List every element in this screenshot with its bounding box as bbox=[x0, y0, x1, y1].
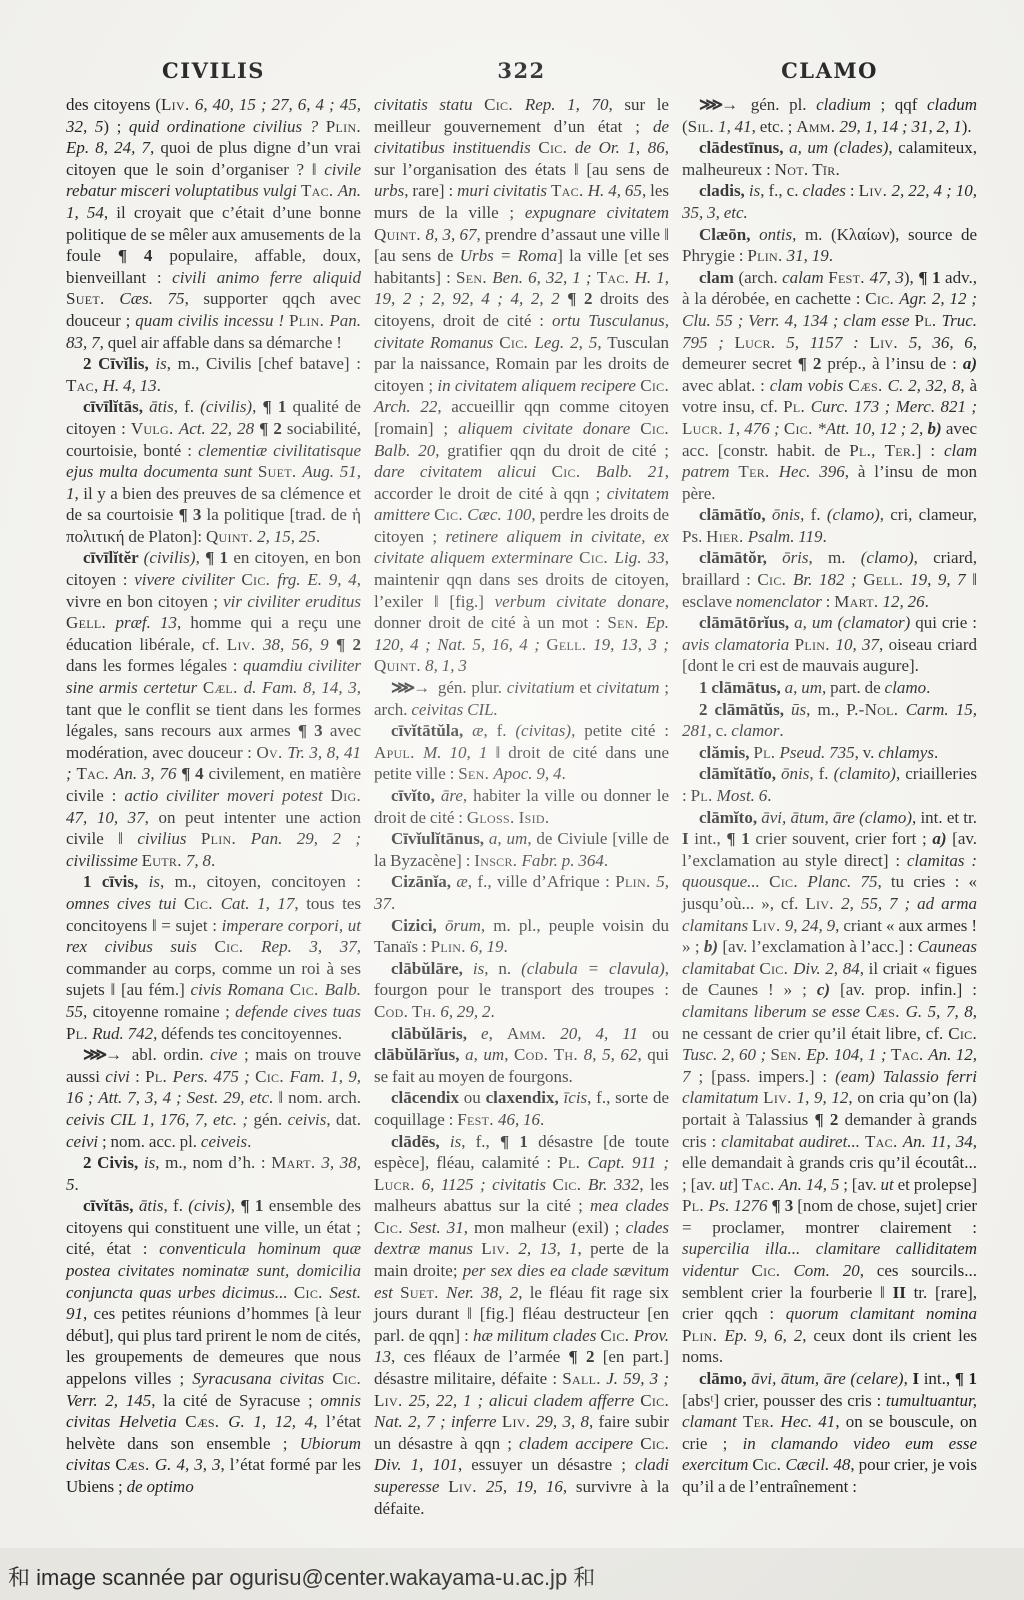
text-run: clamitans liberum se esse bbox=[682, 1002, 866, 1021]
text-run: ; [pass. impers.] : bbox=[691, 1067, 836, 1086]
text-run: , f., c. bbox=[760, 181, 802, 200]
text-run: 25, 22, 1 ; alicui cladem afferre bbox=[409, 1391, 640, 1410]
text-run: d. Fam. 8, 14, 3 bbox=[244, 678, 357, 697]
text-run: Sall. bbox=[562, 1369, 606, 1388]
text-run: ¶ 1 bbox=[205, 548, 233, 567]
text-run: Cic. bbox=[948, 1024, 977, 1043]
text-run: , bbox=[252, 397, 262, 416]
text-run: Cæcil. 48 bbox=[785, 1455, 850, 1474]
text-run: 38, 56, 9 bbox=[263, 635, 336, 654]
text-run: G. 5, 7, 8 bbox=[906, 1002, 973, 1021]
text-run: Br. 332 bbox=[588, 1175, 639, 1194]
text-run: civis Romana bbox=[191, 980, 290, 999]
column-center: civitatis statu Cic. Rep. 1, 70, sur le … bbox=[374, 94, 669, 1519]
text-run: is bbox=[450, 1132, 461, 1151]
text-run: 19, 13, 3 ; bbox=[593, 635, 669, 654]
entry-paragraph: cīvīlĭtĕr (civilis), ¶ 1 en citoyen, en … bbox=[66, 547, 361, 871]
text-run: Lucr. bbox=[735, 333, 787, 352]
entry-paragraph: cladis, is, f., c. clades : Liv. 2, 22, … bbox=[682, 180, 977, 223]
text-run: cladem accipere bbox=[519, 1434, 640, 1453]
text-run: 46, 16 bbox=[498, 1110, 540, 1129]
text-run: Plin. bbox=[201, 829, 251, 848]
text-run: (civilis) bbox=[144, 548, 196, 567]
text-run: hæ militum clades bbox=[473, 1326, 600, 1345]
text-run: ōnis bbox=[772, 505, 800, 524]
text-run: Lucr. bbox=[682, 419, 727, 438]
text-run: Mart. bbox=[271, 1153, 321, 1172]
text-run: Cic. bbox=[865, 289, 899, 308]
text-run: Sen. bbox=[456, 268, 492, 287]
text-run: (clamito) bbox=[834, 764, 896, 783]
text-run: , m., bbox=[806, 700, 846, 719]
text-run: Inscr. bbox=[474, 851, 521, 870]
text-run: civili animo ferre aliquid bbox=[172, 268, 361, 287]
text-run: Cizānĭa, bbox=[391, 872, 456, 891]
text-run: crier souvent, crier fort ; bbox=[755, 829, 932, 848]
text-run: Nat. 2, 7 ; inferre bbox=[374, 1412, 502, 1431]
text-run: clămis, bbox=[699, 743, 753, 762]
text-run: Plin. bbox=[326, 117, 361, 136]
column-gap bbox=[669, 94, 682, 1519]
text-run: Tac, bbox=[66, 376, 103, 395]
text-run: Ben. 6, 32, 1 ; bbox=[492, 268, 596, 287]
text-run: [av. l’exclamation à l’acc.] : bbox=[722, 937, 917, 956]
text-run: M. 10, 1 bbox=[423, 743, 487, 762]
text-run: Liv. bbox=[481, 1239, 518, 1258]
text-run: Rud. 742 bbox=[92, 1024, 153, 1043]
text-run: . bbox=[540, 1110, 544, 1129]
text-run: 31, 19 bbox=[787, 246, 829, 265]
text-run: clābŭlāre, bbox=[391, 959, 473, 978]
text-run: a, um bbox=[785, 678, 822, 697]
text-run: Div. 2, 84 bbox=[793, 959, 860, 978]
text-columns: des citoyens (Liv. 6, 40, 15 ; 27, 6, 4 … bbox=[66, 94, 977, 1519]
text-run: præf. 13 bbox=[115, 613, 177, 632]
text-run: 20, 4, 11 bbox=[560, 1024, 638, 1043]
text-run: Cic. bbox=[757, 570, 793, 589]
text-run: clādestīnus, bbox=[699, 138, 789, 157]
text-run: (arch. bbox=[738, 268, 782, 287]
text-run: Pl. bbox=[682, 1196, 708, 1215]
text-run: I bbox=[912, 1369, 923, 1388]
text-run: c) bbox=[817, 980, 840, 999]
text-run: . bbox=[779, 721, 783, 740]
text-run: Plin. bbox=[795, 635, 836, 654]
text-run: Tac. bbox=[551, 181, 588, 200]
text-run: G. 4, 3, 3 bbox=[155, 1455, 221, 1474]
text-run: ¶ 2 bbox=[259, 419, 287, 438]
text-run: Cic. bbox=[640, 1391, 669, 1410]
text-run: 8, 5, 62 bbox=[584, 1045, 638, 1064]
text-run: 8, 1, 3 bbox=[425, 656, 467, 675]
text-run: , bbox=[231, 1196, 241, 1215]
text-run: Suet. bbox=[258, 462, 303, 481]
text-run: Cæs. bbox=[848, 376, 887, 395]
text-run: cladis, bbox=[699, 181, 749, 200]
text-run: de Or. 1, 86 bbox=[575, 138, 665, 157]
text-run: urbs bbox=[374, 181, 404, 200]
text-run: Mart. bbox=[834, 592, 882, 611]
text-run: civilius bbox=[137, 829, 201, 848]
text-run: ¶ 2 bbox=[336, 635, 361, 654]
text-run: , int. et tr. bbox=[912, 808, 977, 827]
text-run: cīvĭtās, bbox=[83, 1196, 139, 1215]
entry-paragraph: cīvĭtās, ātis, f. (civis), ¶ 1 ensemble … bbox=[66, 1195, 361, 1497]
text-run: Fabr. p. 364 bbox=[522, 851, 604, 870]
text-run: Plin. bbox=[289, 311, 329, 330]
text-run: ; qqf bbox=[880, 95, 927, 114]
text-run: Sest. 31 bbox=[409, 1218, 464, 1237]
entry-paragraph: clam (arch. calam Fest. 47, 3), ¶ 1 adv.… bbox=[682, 267, 977, 505]
text-run: Cic. bbox=[759, 959, 793, 978]
text-run: , la cité de Syracuse ; bbox=[151, 1391, 320, 1410]
text-run: dare civitatem alicui bbox=[374, 462, 552, 481]
text-run: Syracusana civitas bbox=[192, 1369, 332, 1388]
text-run: Liv. bbox=[161, 95, 195, 114]
text-run: is bbox=[149, 872, 160, 891]
text-run: ). bbox=[962, 117, 972, 136]
text-run: Most. 6 bbox=[717, 786, 768, 805]
text-run: cive bbox=[210, 1045, 244, 1064]
text-run: ¶ 1 bbox=[263, 397, 293, 416]
text-run: ), bbox=[904, 268, 918, 287]
page-number: 322 bbox=[374, 58, 669, 83]
text-run: Fest. bbox=[457, 1110, 498, 1129]
text-run: īcis bbox=[564, 1088, 588, 1107]
text-run: clāmātŏr, bbox=[699, 548, 782, 567]
text-run: chlamys bbox=[878, 743, 934, 762]
text-run: ] bbox=[733, 1175, 743, 1194]
header-gap bbox=[361, 58, 374, 83]
text-run: Tac. bbox=[742, 1175, 779, 1194]
entry-paragraph: 2 clāmātŭs, ūs, m., P.-Nol. Carm. 15, 28… bbox=[682, 699, 977, 742]
text-run: ) ; bbox=[103, 117, 129, 136]
text-run: verbum civitate donare bbox=[495, 592, 665, 611]
text-run: 9, 24, 9 bbox=[785, 916, 835, 935]
text-run: . bbox=[934, 743, 938, 762]
text-run: , f., ville d’Afrique : bbox=[468, 872, 616, 891]
text-run: Apoc. 9, 4 bbox=[493, 764, 561, 783]
text-run: An. 3, 76 bbox=[114, 764, 181, 783]
entry-paragraph: clādestīnus, a, um (clades), calamiteux,… bbox=[682, 137, 977, 180]
text-run: . bbox=[316, 527, 320, 546]
text-run: Sil. bbox=[688, 117, 718, 136]
entry-paragraph: 1 clāmātus, a, um, part. de clamo. bbox=[682, 677, 977, 699]
text-run: 10, 37 bbox=[835, 635, 879, 654]
text-run: Cod. Th. bbox=[374, 1002, 440, 1021]
text-run: ‖ nom. arch. bbox=[278, 1088, 361, 1107]
column-right: ⋙→ gén. pl. cladium ; qqf cladum (Sil. 1… bbox=[682, 94, 977, 1519]
text-run: Cīvĭulĭtānus, bbox=[391, 829, 489, 848]
text-run: : bbox=[135, 1067, 145, 1086]
text-run: , petite cité : bbox=[571, 721, 669, 740]
entry-paragraph: clāmātĭo, ōnis, f. (clamo), cri, clameur… bbox=[682, 504, 977, 547]
text-run: civi bbox=[105, 1067, 135, 1086]
text-run: Quint. bbox=[374, 656, 425, 675]
text-run: . bbox=[829, 246, 833, 265]
entry-paragraph: civitatis statu Cic. Rep. 1, 70, sur le … bbox=[374, 94, 669, 677]
text-run: Cic. bbox=[600, 1326, 633, 1345]
text-run: Liv. bbox=[448, 1477, 486, 1496]
entry-paragraph: 2 Civis, is, m., nom d’h. : Mart. 3, 38,… bbox=[66, 1152, 361, 1195]
text-run: J. 59, 3 ; bbox=[606, 1369, 669, 1388]
text-run: Ps. 1276 bbox=[708, 1196, 771, 1215]
text-run: is bbox=[749, 181, 760, 200]
entry-paragraph: ⋙→ gén. pl. cladium ; qqf cladum (Sil. 1… bbox=[682, 94, 977, 137]
text-run: āre bbox=[441, 786, 463, 805]
text-run: ōris bbox=[782, 548, 808, 567]
text-run: expugnare civitatem bbox=[525, 203, 669, 222]
text-run: 5, 36, 6 bbox=[909, 333, 973, 352]
text-run: Apul. bbox=[374, 743, 423, 762]
text-run: 6, 29, 2 bbox=[440, 1002, 490, 1021]
column-gap bbox=[361, 94, 374, 1519]
text-run: , mon malheur (exil) ; bbox=[464, 1218, 626, 1237]
text-run: ātis bbox=[149, 397, 174, 416]
text-run: is bbox=[155, 354, 166, 373]
text-run: ¶ 3 bbox=[772, 1196, 798, 1215]
text-run: Cic. bbox=[538, 138, 575, 157]
text-run: Lig. 33 bbox=[615, 548, 665, 567]
text-run: [av. prop. infin.] : bbox=[840, 980, 977, 999]
text-run: 2 clāmātŭs, bbox=[699, 700, 791, 719]
text-run: āvi, ātum, āre (clamo) bbox=[761, 808, 912, 827]
text-run: 2, 15, 25 bbox=[257, 527, 316, 546]
text-run: ] : bbox=[916, 441, 944, 460]
entry-paragraph: cīvĭtātŭla, æ, f. (civitas), petite cité… bbox=[374, 720, 669, 785]
text-run: 1, 41 bbox=[718, 117, 752, 136]
text-run: ; [av. bbox=[839, 1175, 880, 1194]
text-run: Hec. 396 bbox=[779, 462, 845, 481]
text-run: muri civitatis bbox=[457, 181, 551, 200]
entry-paragraph: clāmātŏr, ōris, m. (clamo), criard, brai… bbox=[682, 547, 977, 612]
text-run: æ bbox=[472, 721, 483, 740]
text-run: Gell. bbox=[66, 613, 115, 632]
text-run: 6, 1125 ; civitatis bbox=[422, 1175, 553, 1194]
text-run: clades bbox=[802, 181, 849, 200]
text-run: , m. bbox=[809, 548, 861, 567]
text-run: . bbox=[504, 937, 508, 956]
text-run: ¶ 1 bbox=[500, 1132, 538, 1151]
text-run: Amm. bbox=[796, 117, 839, 136]
entry-paragraph: des citoyens (Liv. 6, 40, 15 ; 27, 6, 4 … bbox=[66, 94, 361, 353]
text-run: ¶ 2 bbox=[567, 289, 600, 308]
text-run: Cic. bbox=[552, 462, 596, 481]
text-run: Suet. bbox=[400, 1283, 446, 1302]
text-run: Cic. bbox=[374, 1218, 409, 1237]
text-run: a, um (clamator) bbox=[794, 613, 915, 632]
text-run: clāmātĭo, bbox=[699, 505, 772, 524]
text-run: , gratifier qqn du droit de cité ; bbox=[435, 441, 669, 460]
text-run: Cic. bbox=[214, 937, 261, 956]
text-run: frg. E. 9, 4 bbox=[277, 570, 357, 589]
variant-arrow-icon: ⋙→ bbox=[391, 678, 433, 697]
header-right-guideword: CLAMO bbox=[682, 58, 977, 83]
text-run: 19, 9, 7 bbox=[910, 570, 966, 589]
text-run: , rare] : bbox=[404, 181, 457, 200]
text-run: 7, 8 bbox=[186, 851, 211, 870]
text-run: 29, 3, 8 bbox=[536, 1412, 589, 1431]
text-run: H. 4, 65 bbox=[588, 181, 642, 200]
entry-paragraph: clămis, Pl. Pseud. 735, v. chlamys. bbox=[682, 742, 977, 764]
text-run: cīvīlĭtās, bbox=[83, 397, 149, 416]
text-run: Cic. bbox=[499, 333, 534, 352]
text-run: , bbox=[504, 1045, 514, 1064]
text-run: de optimo bbox=[127, 1477, 194, 1496]
text-run: ou bbox=[638, 1024, 669, 1043]
text-run: Psalm. 119 bbox=[748, 527, 823, 546]
text-run: Liv. bbox=[869, 333, 908, 352]
text-run: gén. bbox=[248, 1110, 288, 1129]
text-run: C. 2, 32, 8 bbox=[888, 376, 961, 395]
text-run: Liv. bbox=[763, 1088, 796, 1107]
text-run: ¶ 1 bbox=[240, 1196, 268, 1215]
text-run: Liv. bbox=[374, 1391, 409, 1410]
text-run: clamitabat audiret... bbox=[721, 1132, 865, 1151]
text-run: Clæōn, bbox=[699, 225, 759, 244]
entry-paragraph: clāmĭtātĭo, ōnis, f. (clamito), criaille… bbox=[682, 763, 977, 806]
text-run: Br. 182 ; bbox=[793, 570, 863, 589]
text-run: 1, 476 ; bbox=[727, 419, 784, 438]
header-gap bbox=[669, 58, 682, 83]
entry-paragraph: Clæōn, ontis, m. (Κλαίων), source de Phr… bbox=[682, 224, 977, 267]
text-run: 47, 3 bbox=[870, 268, 904, 287]
text-run: 1, 9, 12 bbox=[797, 1088, 849, 1107]
text-run: Dig. bbox=[331, 786, 361, 805]
text-run: Cic. bbox=[294, 1283, 329, 1302]
text-run: Gell. bbox=[863, 570, 910, 589]
text-run: ōnis bbox=[781, 764, 809, 783]
text-run: (clamo) bbox=[861, 548, 914, 567]
text-run: clāmo, bbox=[699, 1369, 751, 1388]
text-run: Cic. bbox=[434, 505, 467, 524]
text-run: cladium bbox=[816, 95, 880, 114]
variant-arrow-icon: ⋙→ bbox=[699, 95, 741, 114]
text-run: Urbs = Roma bbox=[460, 246, 558, 265]
text-run: ou bbox=[464, 1088, 486, 1107]
text-run: Cæl. bbox=[203, 678, 244, 697]
text-run: ¶ 2 bbox=[569, 1347, 603, 1366]
text-run: abl. ordin. bbox=[125, 1045, 210, 1064]
text-run: 8, 3, 67 bbox=[426, 225, 477, 244]
text-run: et prolepse] bbox=[894, 1175, 977, 1194]
text-run: Cic. bbox=[255, 1067, 289, 1086]
text-run: ut bbox=[719, 1175, 732, 1194]
text-run: 6, 19 bbox=[470, 937, 504, 956]
text-run: Cæs. 75 bbox=[119, 289, 184, 308]
text-run: Capt. 911 ; bbox=[588, 1153, 669, 1172]
text-run: (civis) bbox=[188, 1196, 230, 1215]
text-run: Cic. bbox=[784, 419, 817, 438]
running-header: CIVILIS 322 CLAMO bbox=[66, 58, 977, 83]
text-run: , m., nom d’h. : bbox=[155, 1153, 271, 1172]
text-run: clādēs, bbox=[391, 1132, 450, 1151]
text-run: clāmĭto, bbox=[699, 808, 761, 827]
text-run: Quint. bbox=[206, 527, 257, 546]
text-run: Cic. bbox=[241, 570, 277, 589]
text-run: , bbox=[489, 1024, 507, 1043]
text-run: Tac. bbox=[76, 764, 114, 783]
text-run: . bbox=[823, 527, 827, 546]
text-run: Sen. bbox=[458, 764, 493, 783]
text-run: clābŭlārĭus, bbox=[374, 1045, 465, 1064]
text-run: ōrum bbox=[445, 916, 481, 935]
text-run: Hier. bbox=[706, 527, 748, 546]
text-run: H. 4, 13 bbox=[103, 376, 157, 395]
text-run: omnes cives tui bbox=[66, 894, 184, 913]
text-run: . bbox=[247, 1132, 251, 1151]
text-run: Plin. bbox=[747, 246, 786, 265]
text-run: (clabula = clavula) bbox=[521, 959, 665, 978]
text-run: Cizici, bbox=[391, 916, 445, 935]
text-run: cīvīlĭtĕr bbox=[83, 548, 144, 567]
text-run: Quint. bbox=[374, 225, 426, 244]
text-run: quam civilis incessu ! bbox=[135, 311, 289, 330]
text-run: 12, 26 bbox=[883, 592, 925, 611]
text-run: , m., citoyen, concitoyen : bbox=[160, 872, 361, 891]
text-run: . bbox=[561, 764, 565, 783]
text-run: æ bbox=[456, 872, 467, 891]
text-run: Arch. 22 bbox=[374, 397, 437, 416]
text-run: Plin. bbox=[682, 1326, 724, 1345]
text-run: b) bbox=[704, 937, 722, 956]
text-run: civitatum bbox=[596, 678, 664, 697]
text-run: : bbox=[850, 181, 859, 200]
text-run: vivere civiliter bbox=[134, 570, 241, 589]
entry-paragraph: ⋙→ gén. plur. civitatium et civitatum ; … bbox=[374, 677, 669, 720]
entry-paragraph: cīvĭto, āre, habiter la ville ou donner … bbox=[374, 785, 669, 828]
text-run: a, um bbox=[489, 829, 527, 848]
text-run: Hec. 41 bbox=[781, 1412, 836, 1431]
text-run: , dat. bbox=[326, 1110, 361, 1129]
text-run: ātis bbox=[139, 1196, 164, 1215]
text-run: An. 11, 34 bbox=[903, 1132, 973, 1151]
text-run: Plin. bbox=[615, 872, 656, 891]
text-run: Pl. bbox=[783, 397, 811, 416]
text-run: ūs bbox=[791, 700, 806, 719]
text-run: . bbox=[925, 592, 929, 611]
text-run: (civilis) bbox=[200, 397, 252, 416]
text-run: Cic. bbox=[184, 894, 221, 913]
text-run: Cic. bbox=[484, 95, 525, 114]
text-run: Pl. bbox=[914, 311, 941, 330]
text-run: Sen. bbox=[607, 613, 645, 632]
text-run: Amm. bbox=[507, 1024, 560, 1043]
text-run: ceivitas CIL. bbox=[411, 700, 497, 719]
text-run: , c. bbox=[708, 721, 732, 740]
text-run: Gloss. Isid. bbox=[467, 808, 550, 827]
entry-paragraph: Cīvĭulĭtānus, a, um, de Civiule [ville d… bbox=[374, 828, 669, 871]
text-run: Tusc. 2, 60 ; bbox=[682, 1045, 771, 1064]
entry-paragraph: clāmātōrĭus, a, um (clamator) qui crie :… bbox=[682, 612, 977, 677]
text-run: Tac. bbox=[597, 268, 635, 287]
entry-paragraph: clāmo, āvi, ātum, āre (celare), I int., … bbox=[682, 1368, 977, 1498]
text-run: , essuyer un désastre ; bbox=[458, 1455, 635, 1474]
text-run: Rep. 1, 70 bbox=[525, 95, 609, 114]
text-run: , f. bbox=[809, 764, 833, 783]
text-run: Cic. bbox=[640, 376, 669, 395]
entry-paragraph: clāmĭto, āvi, ātum, āre (clamo), int. et… bbox=[682, 807, 977, 1368]
text-run: Pl. bbox=[558, 1153, 587, 1172]
text-run: ¶ 1 bbox=[726, 829, 755, 848]
text-run: calam bbox=[782, 268, 828, 287]
text-run: , quel air affable dans sa démarche ! bbox=[100, 333, 342, 352]
text-run: Cod. Th. bbox=[514, 1045, 584, 1064]
text-run: Cic. bbox=[579, 548, 614, 567]
text-run: Pl. bbox=[66, 1024, 92, 1043]
text-run: Ov. bbox=[256, 743, 287, 762]
text-run: Lucr. bbox=[374, 1175, 422, 1194]
